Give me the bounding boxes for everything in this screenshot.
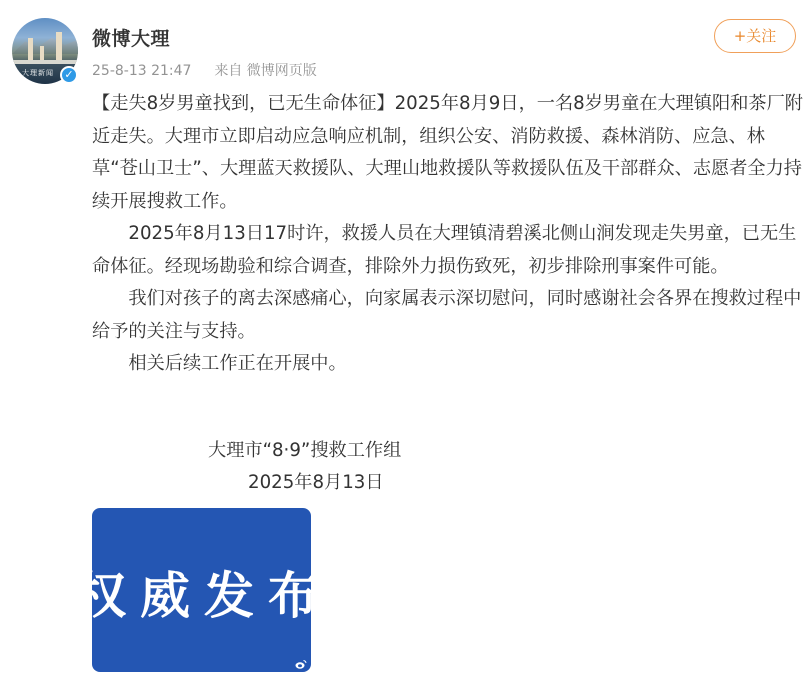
signature-org: 大理市“8·9”搜救工作组: [208, 436, 401, 462]
signature-date: 2025年8月13日: [248, 468, 384, 494]
post-body: 【走失8岁男童找到，已无生命体征】2025年8月9日，一名8岁男童在大理镇阳和茶…: [92, 88, 804, 381]
post-header: 大理新闻 ✓ 微博大理 25-8-13 21:47 来自 微博网页版 +关注: [0, 0, 807, 92]
avatar-caption: 大理新闻: [22, 68, 54, 78]
verified-badge-icon: ✓: [60, 66, 78, 84]
author-name[interactable]: 微博大理: [92, 24, 170, 51]
source-prefix: 来自: [214, 63, 242, 79]
follow-button[interactable]: +关注: [714, 19, 796, 53]
post-paragraph: 2025年8月13日17时许，救援人员在大理镇清碧溪北侧山涧发现走失男童，已无生…: [92, 218, 804, 283]
image-headline: 权威发布: [92, 556, 311, 628]
post-paragraph: 【走失8岁男童找到，已无生命体征】2025年8月9日，一名8岁男童在大理镇阳和茶…: [92, 88, 804, 218]
post-image-thumbnail[interactable]: 权威发布: [92, 508, 311, 672]
weibo-logo-icon: [295, 659, 307, 669]
post-paragraph: 我们对孩子的离去深感痛心，向家属表示深切慰问，同时感谢社会各界在搜救过程中给予的…: [92, 283, 804, 348]
post-source: 微博网页版: [247, 63, 317, 79]
avatar-pagoda-shape: [28, 38, 33, 62]
post-paragraph: 相关后续工作正在开展中。: [92, 348, 804, 381]
avatar-mountain-shape: [12, 36, 78, 54]
post-timestamp[interactable]: 25-8-13 21:47: [92, 63, 191, 79]
post-meta: 25-8-13 21:47 来自 微博网页版: [92, 60, 317, 80]
avatar-water-shape: [12, 60, 78, 64]
avatar-pagoda-shape: [56, 32, 62, 62]
